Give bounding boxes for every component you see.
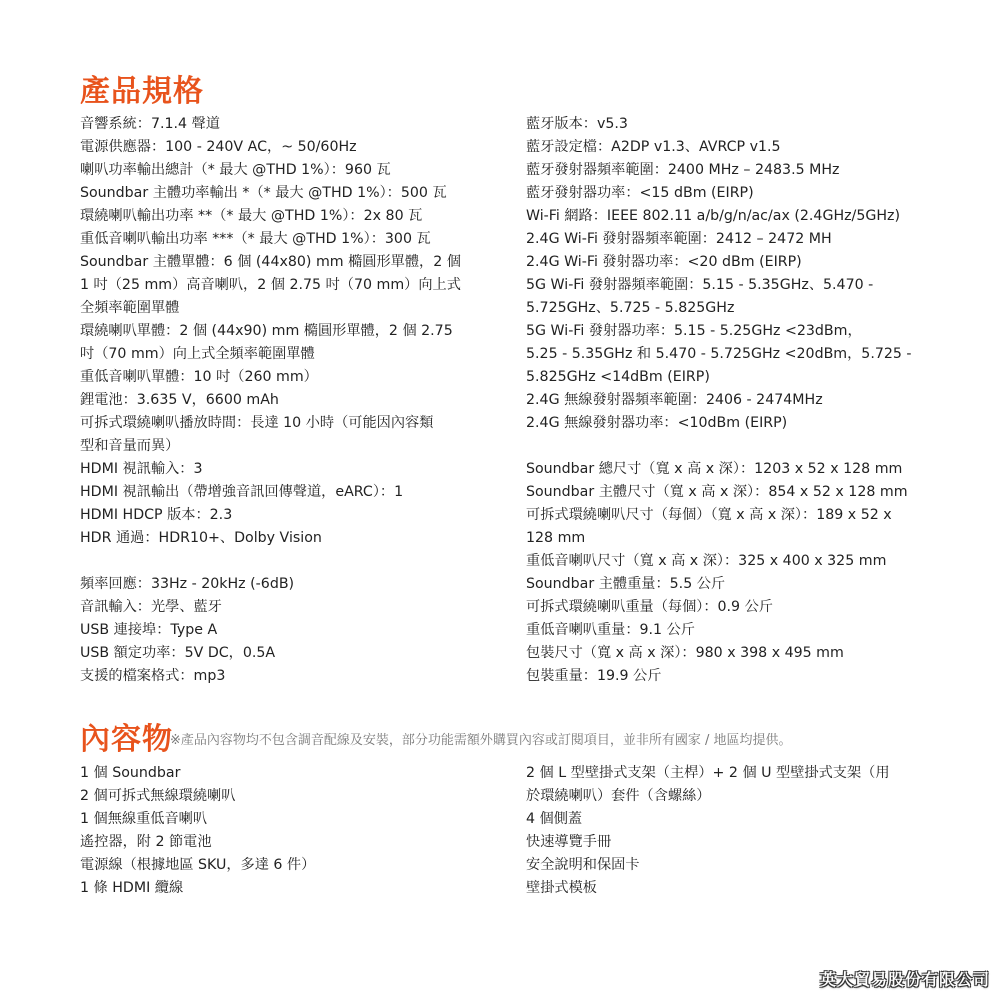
spec-line: 重低音喇叭尺寸（寬 x 高 x 深）：325 x 400 x 325 mm [526, 550, 946, 573]
contents-item: 安全說明和保固卡 [526, 854, 890, 877]
spec-line: USB 連接埠：Type A [80, 619, 500, 642]
spacer [526, 435, 946, 458]
spec-line: 音訊輸入：光學、藍牙 [80, 596, 500, 619]
spec-line: Soundbar 主體尺寸（寬 x 高 x 深）：854 x 52 x 128 … [526, 481, 946, 504]
spec-right-column: 藍牙版本：v5.3藍牙設定檔：A2DP v1.3、AVRCP v1.5藍牙發射器… [526, 113, 946, 688]
spec-line: 環繞喇叭輸出功率 **（* 最大 @THD 1%）：2x 80 瓦 [80, 205, 500, 228]
spec-line: USB 額定功率：5V DC，0.5A [80, 642, 500, 665]
spec-line: Soundbar 總尺寸（寬 x 高 x 深）：1203 x 52 x 128 … [526, 458, 946, 481]
contents-item: 1 條 HDMI 纜線 [80, 877, 315, 900]
contents-item: 2 個 L 型壁掛式支架（主桿）+ 2 個 U 型壁掛式支架（用 [526, 762, 890, 785]
spec-line: 藍牙發射器頻率範圍：2400 MHz – 2483.5 MHz [526, 159, 946, 182]
spec-line: HDMI HDCP 版本：2.3 [80, 504, 500, 527]
spec-line: 支援的檔案格式：mp3 [80, 665, 500, 688]
contents-item: 1 個無線重低音喇叭 [80, 808, 315, 831]
contents-item: 快速導覽手冊 [526, 831, 890, 854]
contents-item: 於環繞喇叭）套件（含螺絲） [526, 785, 890, 808]
spec-line: 音響系統：7.1.4 聲道 [80, 113, 500, 136]
spec-line: 電源供應器：100 - 240V AC，~ 50/60Hz [80, 136, 500, 159]
spec-line: 重低音喇叭單體：10 吋（260 mm） [80, 366, 500, 389]
spec-line: 2.4G 無線發射器頻率範圍：2406 - 2474MHz [526, 389, 946, 412]
spec-line: 頻率回應：33Hz - 20kHz (-6dB) [80, 573, 500, 596]
spec-section-title: 產品規格 [80, 66, 204, 110]
contents-section-title: 內容物 [80, 714, 173, 758]
contents-left-column: 1 個 Soundbar2 個可拆式無線環繞喇叭1 個無線重低音喇叭遙控器，附 … [80, 762, 315, 900]
contents-item: 壁掛式模板 [526, 877, 890, 900]
spec-line: 2.4G 無線發射器功率：<10dBm (EIRP) [526, 412, 946, 435]
contents-item: 遙控器，附 2 節電池 [80, 831, 315, 854]
contents-note: ※產品內容物均不包含調音配線及安裝，部分功能需額外購買內容或訂閱項目，並非所有國… [170, 729, 792, 748]
spec-line: 可拆式環繞喇叭播放時間：長達 10 小時（可能因內容類 [80, 412, 500, 435]
spec-line: 包裝重量：19.9 公斤 [526, 665, 946, 688]
spec-line: Soundbar 主體重量：5.5 公斤 [526, 573, 946, 596]
contents-item: 電源線（根據地區 SKU，多達 6 件） [80, 854, 315, 877]
spacer [80, 550, 500, 573]
spec-line: 鋰電池：3.635 V，6600 mAh [80, 389, 500, 412]
spec-line: Wi-Fi 網路：IEEE 802.11 a/b/g/n/ac/ax (2.4G… [526, 205, 946, 228]
spec-line: 5.725GHz、5.725 - 5.825GHz [526, 297, 946, 320]
spec-line: 可拆式環繞喇叭尺寸（每個）（寬 x 高 x 深）：189 x 52 x [526, 504, 946, 527]
spec-left-column: 音響系統：7.1.4 聲道電源供應器：100 - 240V AC，~ 50/60… [80, 113, 500, 688]
spec-line: 5G Wi-Fi 發射器頻率範圍：5.15 - 5.35GHz、5.470 - [526, 274, 946, 297]
contents-item: 1 個 Soundbar [80, 762, 315, 785]
spec-line: 可拆式環繞喇叭重量（每個）：0.9 公斤 [526, 596, 946, 619]
spec-line: HDR 通過：HDR10+、Dolby Vision [80, 527, 500, 550]
spec-line: 全頻率範圍單體 [80, 297, 500, 320]
spec-line: 包裝尺寸（寬 x 高 x 深）：980 x 398 x 495 mm [526, 642, 946, 665]
spec-line: 1 吋（25 mm）高音喇叭，2 個 2.75 吋（70 mm）向上式 [80, 274, 500, 297]
spec-line: 吋（70 mm）向上式全頻率範圍單體 [80, 343, 500, 366]
spec-line: Soundbar 主體功率輸出 *（* 最大 @THD 1%）：500 瓦 [80, 182, 500, 205]
spec-line: HDMI 視訊輸入：3 [80, 458, 500, 481]
company-watermark: 英大貿易股份有限公司 [820, 967, 990, 990]
spec-line: Soundbar 主體單體：6 個 (44x80) mm 橢圓形單體，2 個 [80, 251, 500, 274]
spec-line: 重低音喇叭輸出功率 ***（* 最大 @THD 1%）：300 瓦 [80, 228, 500, 251]
spec-line: 環繞喇叭單體：2 個 (44x90) mm 橢圓形單體，2 個 2.75 [80, 320, 500, 343]
spec-line: 2.4G Wi-Fi 發射器功率：<20 dBm (EIRP) [526, 251, 946, 274]
spec-line: 2.4G Wi-Fi 發射器頻率範圍：2412 – 2472 MH [526, 228, 946, 251]
contents-item: 4 個側蓋 [526, 808, 890, 831]
spec-line: 重低音喇叭重量：9.1 公斤 [526, 619, 946, 642]
spec-line: 5.25 - 5.35GHz 和 5.470 - 5.725GHz <20dBm… [526, 343, 946, 366]
spec-line: 5G Wi-Fi 發射器功率：5.15 - 5.25GHz <23dBm， [526, 320, 946, 343]
spec-line: 128 mm [526, 527, 946, 550]
spec-line: 5.825GHz <14dBm (EIRP) [526, 366, 946, 389]
spec-line: 藍牙版本：v5.3 [526, 113, 946, 136]
spec-line: 型和音量而異） [80, 435, 500, 458]
contents-item: 2 個可拆式無線環繞喇叭 [80, 785, 315, 808]
spec-line: 藍牙發射器功率：<15 dBm (EIRP) [526, 182, 946, 205]
contents-right-column: 2 個 L 型壁掛式支架（主桿）+ 2 個 U 型壁掛式支架（用於環繞喇叭）套件… [526, 762, 890, 900]
spec-line: 喇叭功率輸出總計（* 最大 @THD 1%）：960 瓦 [80, 159, 500, 182]
spec-line: HDMI 視訊輸出（帶增強音訊回傳聲道，eARC）：1 [80, 481, 500, 504]
spec-line: 藍牙設定檔：A2DP v1.3、AVRCP v1.5 [526, 136, 946, 159]
